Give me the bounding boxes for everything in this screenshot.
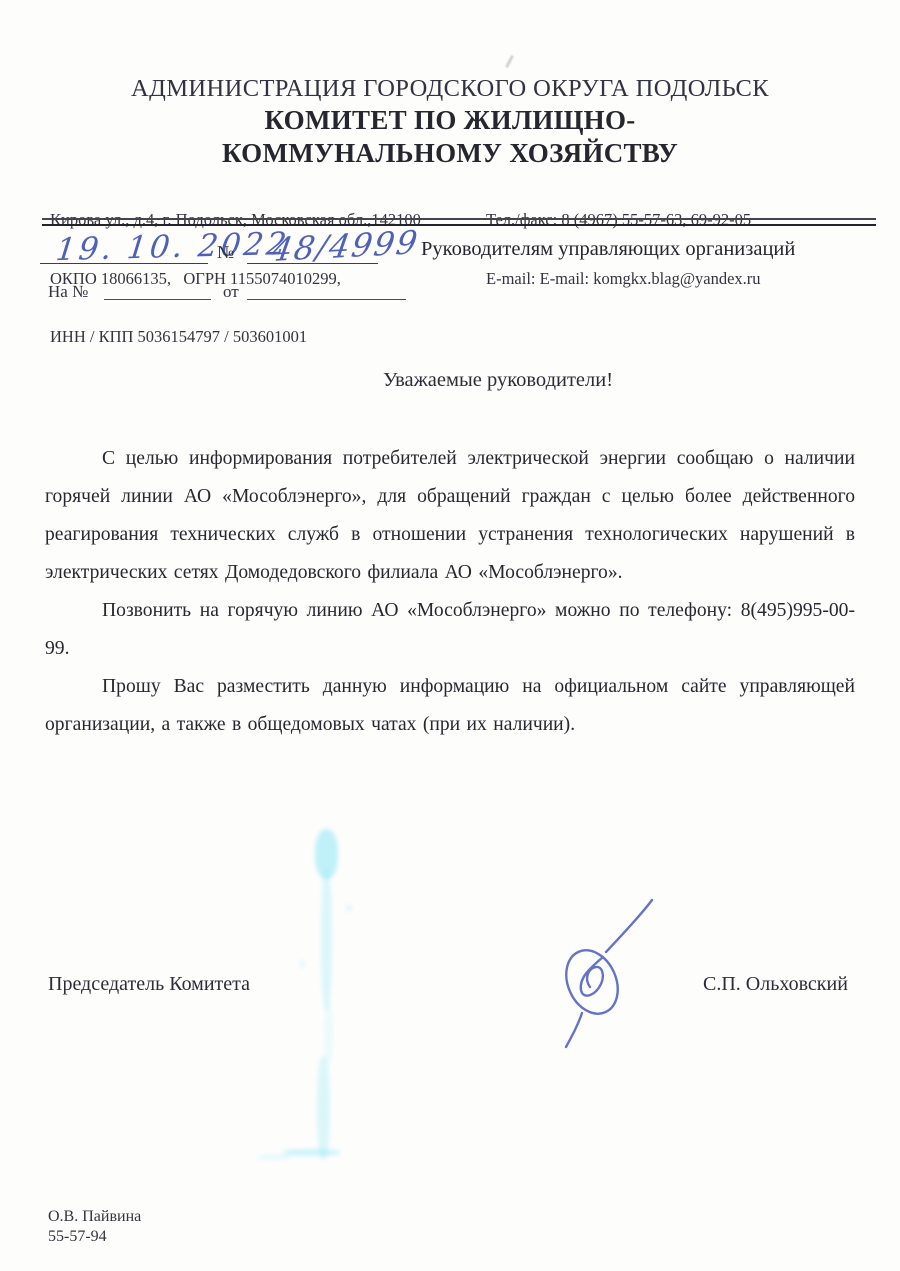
in-reply-to-label: На № <box>48 282 88 302</box>
date-underline <box>40 247 208 264</box>
administration-name: АДМИНИСТРАЦИЯ ГОРОДСКОГО ОКРУГА ПОДОЛЬСК <box>0 74 900 104</box>
executor-phone: 55-57-94 <box>48 1227 141 1247</box>
stamp-smudge <box>283 1149 340 1156</box>
in-reply-from-label: от <box>223 282 239 302</box>
scan-speck <box>505 55 514 68</box>
committee-name-line2: КОММУНАЛЬНОМУ ХОЗЯЙСТВУ <box>0 137 900 170</box>
executor-name: О.В. Пайвина <box>48 1207 141 1227</box>
number-underline <box>247 247 378 264</box>
signature-ink <box>540 886 700 1061</box>
letter-body: С целью информирования потребителей элек… <box>45 440 855 744</box>
stamp-smudge <box>321 868 332 1010</box>
number-sign-label: № <box>217 242 234 263</box>
in-reply-date-underline <box>247 283 406 300</box>
org-contacts-block: Тел./факс: 8 (4967) 55-57-63, 69-92-05 E… <box>486 171 872 386</box>
signer-position-title: Председатель Комитета <box>48 973 250 996</box>
salutation: Уважаемые руководители! <box>0 369 900 392</box>
stamp-smudge <box>300 960 305 968</box>
org-address-block: Кирова ул., д.4, г. Подольск, Московская… <box>50 171 486 386</box>
stamp-smudge <box>324 1002 333 1064</box>
addressee-line: Руководителям управляющих организаций <box>421 238 795 261</box>
paragraph-posting-request: Прошу Вас разместить данную информацию н… <box>45 668 855 744</box>
letterhead-requisites: Кирова ул., д.4, г. Подольск, Московская… <box>50 171 872 386</box>
signer-name: С.П. Ольховский <box>703 973 848 996</box>
letterhead: АДМИНИСТРАЦИЯ ГОРОДСКОГО ОКРУГА ПОДОЛЬСК… <box>0 74 900 170</box>
org-inn-kpp: ИНН / КПП 5036154797 / 503601001 <box>50 327 486 347</box>
stamp-smudge <box>317 1056 330 1160</box>
scanned-letter-page: АДМИНИСТРАЦИЯ ГОРОДСКОГО ОКРУГА ПОДОЛЬСК… <box>0 0 900 1271</box>
stamp-smudge <box>257 1155 292 1159</box>
in-reply-number-underline <box>104 283 211 300</box>
stamp-smudge <box>346 905 352 911</box>
paragraph-hotline-phone: Позвонить на горячую линию АО «Мособлэне… <box>45 592 855 668</box>
paragraph-hotline-info: С целью информирования потребителей элек… <box>45 440 855 592</box>
committee-name-line1: КОМИТЕТ ПО ЖИЛИЩНО- <box>0 104 900 137</box>
org-email: E-mail: E-mail: komgkx.blag@yandex.ru <box>486 269 872 289</box>
letterhead-divider <box>42 218 876 226</box>
executor-block: О.В. Пайвина 55-57-94 <box>48 1207 141 1247</box>
